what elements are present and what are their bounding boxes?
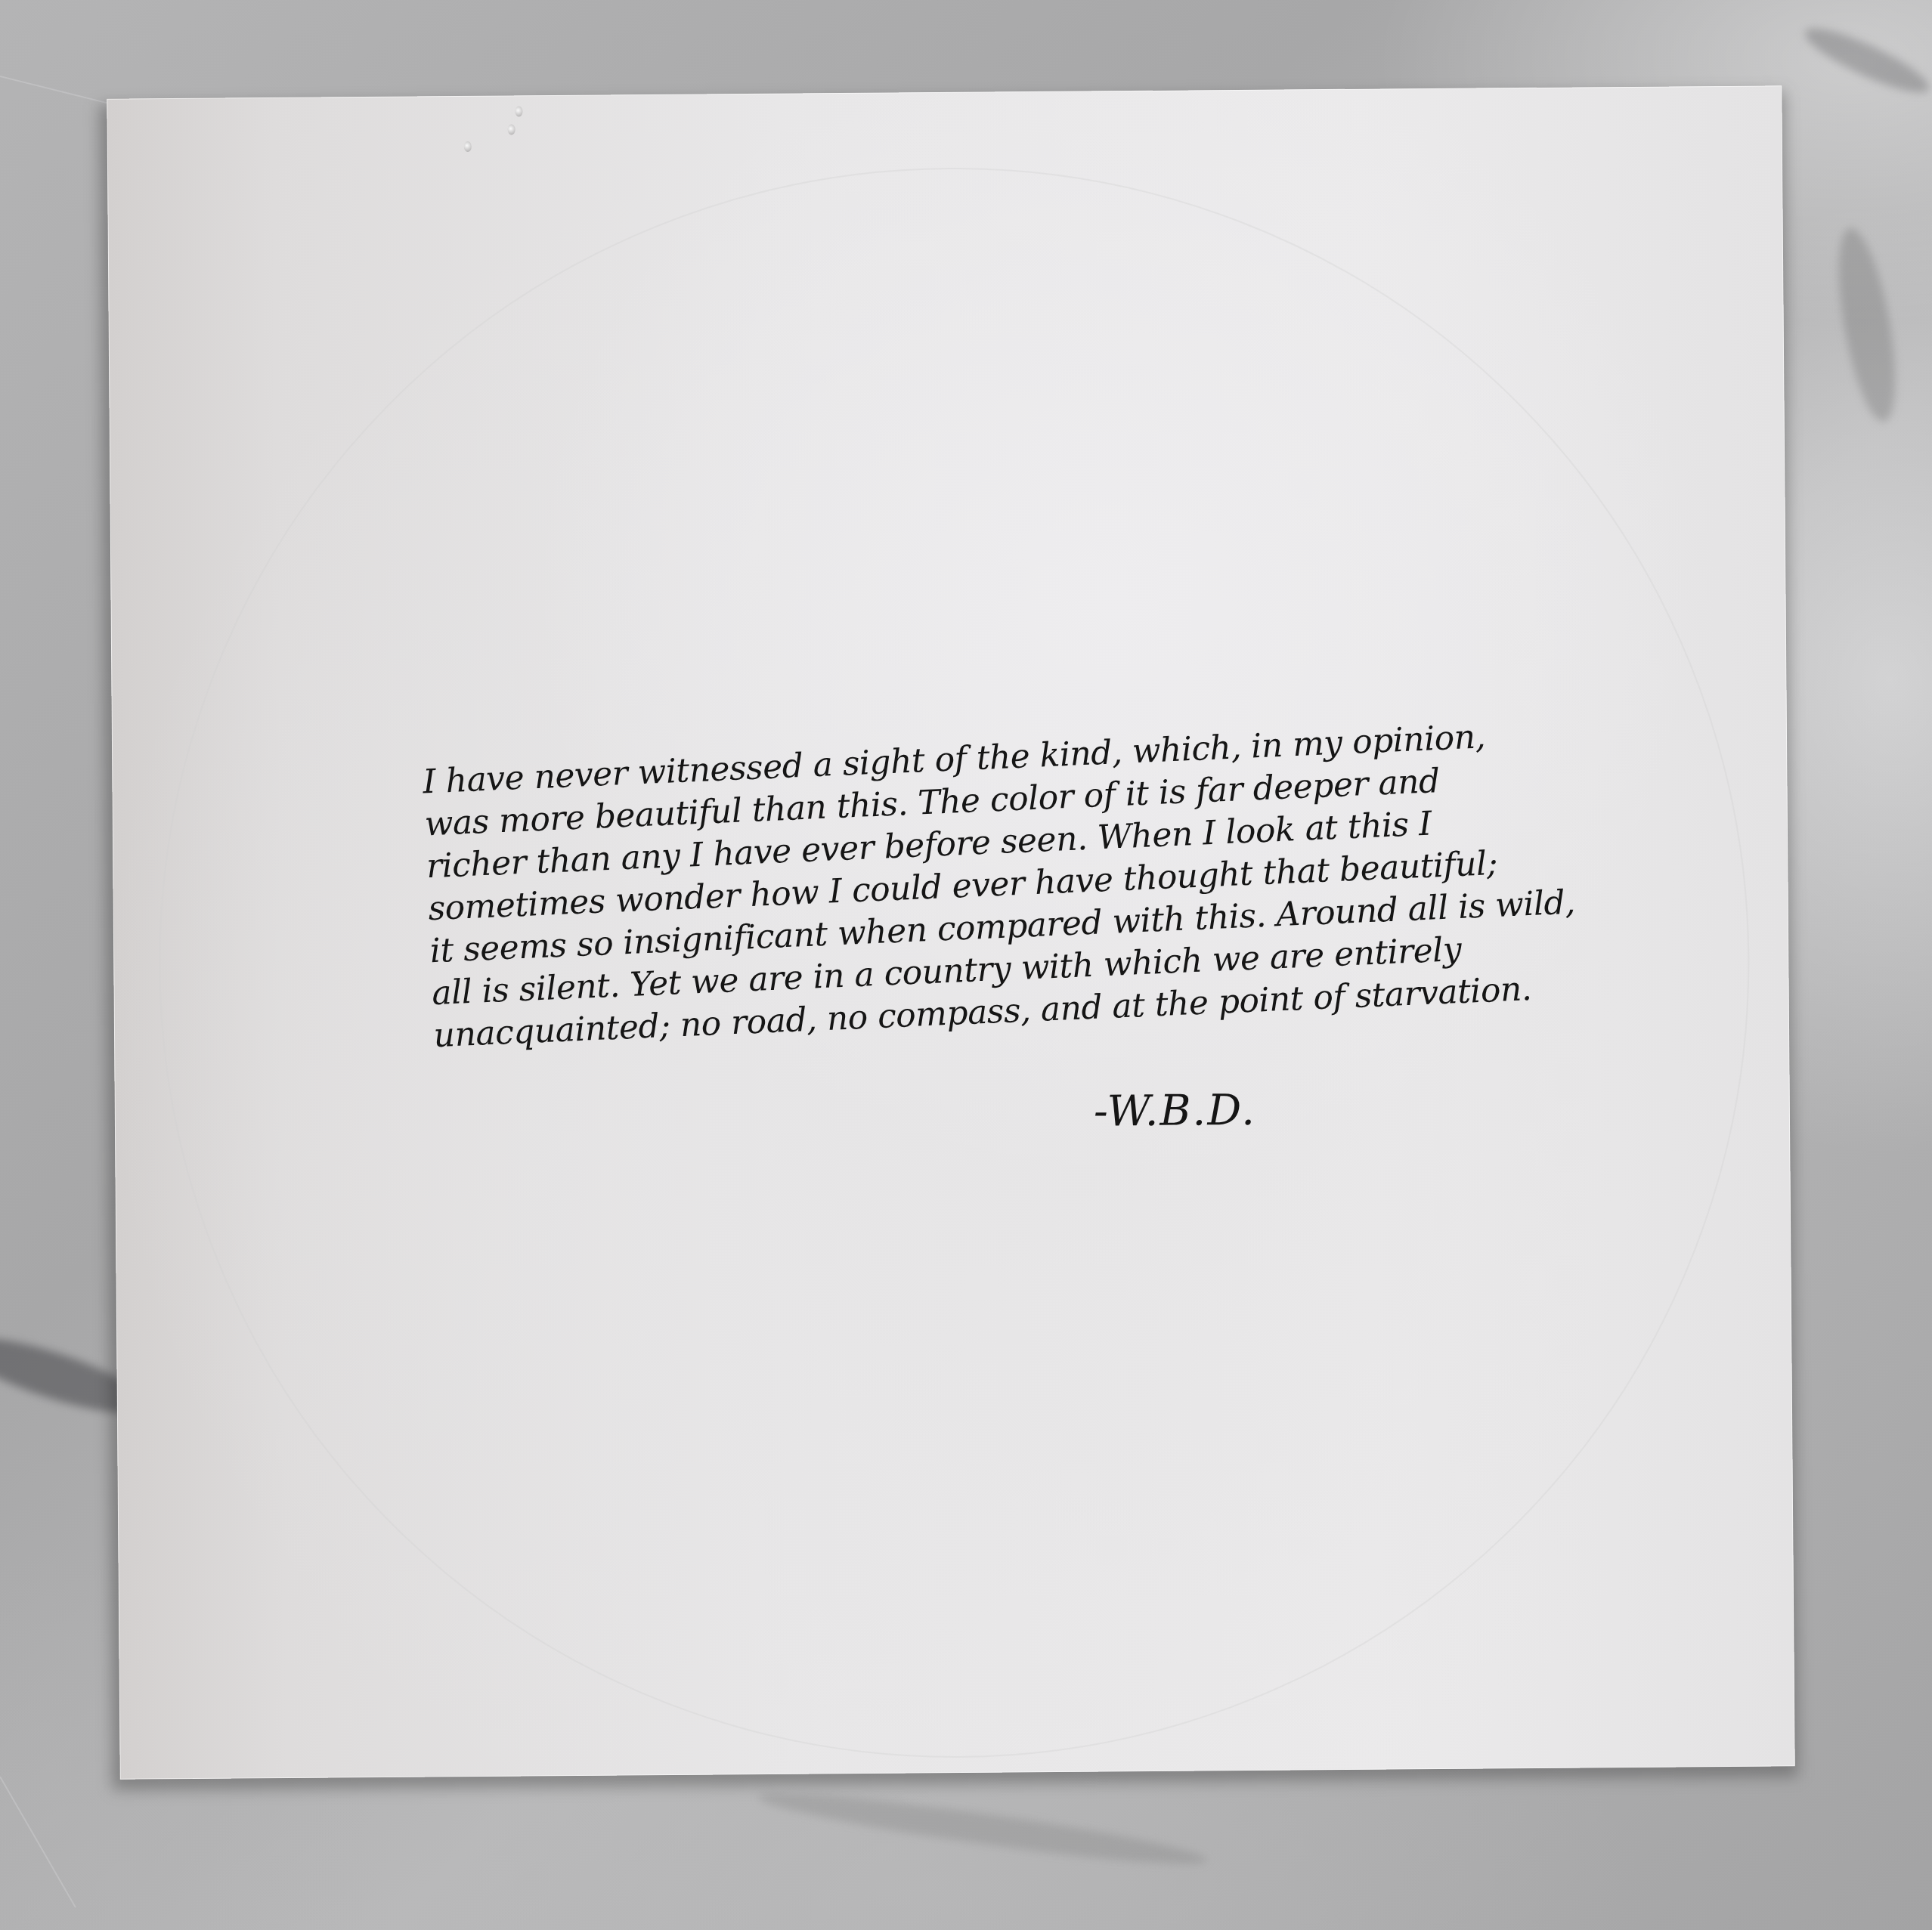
- paper-dent: [464, 141, 472, 152]
- signature: -W.B.D.: [1094, 1086, 1257, 1137]
- handwritten-quote: I have never witnessed a sight of the ki…: [422, 716, 1506, 1057]
- record-sleeve: I have never witnessed a sight of the ki…: [107, 85, 1794, 1779]
- paper-dent: [515, 106, 522, 116]
- paper-dent: [508, 124, 516, 135]
